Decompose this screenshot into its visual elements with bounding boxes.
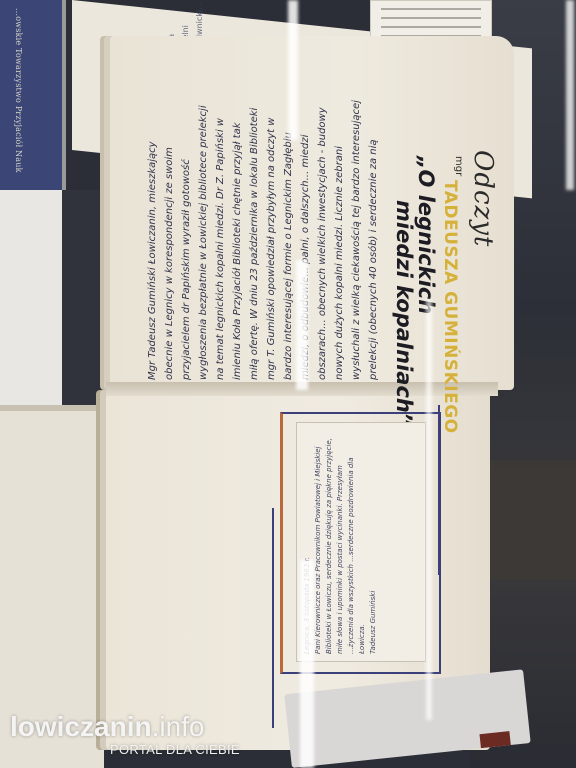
white-book [0,190,66,405]
watermark-logo-light: .info [152,711,205,742]
glass-glare [566,0,574,190]
doc-line [381,17,481,19]
letter-body: Pani Kierowniczce oraz Pracownikom Powia… [313,428,368,654]
heading-odczyt: Odczyt [468,150,498,247]
heading-mgr: mgr [453,156,464,176]
photo-scene: 40 osobami była zebrana w czytelni MBP..… [0,0,576,768]
glass-glare [296,260,308,390]
watermark: lowiczanin.info PORTAL DLA CIEBIE [10,712,240,757]
heading-topic-line2: miedzi kopalniach” [392,200,416,426]
watermark-logo-bold: lowiczanin [10,711,152,742]
doc-line [381,26,481,28]
watermark-logo: lowiczanin.info [10,712,240,742]
glass-glare [300,560,314,768]
blue-book-spine-title: ...owskie Towarzystwo Przyjaciół Nauk [14,8,23,173]
heading-name: TADEUSZA GUMIŃSKIEGO [440,180,460,434]
handwritten-report: Mgr Tadeusz Gumiński Łowiczanin, mieszka… [144,100,382,380]
letter-signature: Tadeusz Gumiński [368,428,379,654]
watermark-tagline: PORTAL DLA CIEBIE [110,742,240,757]
glass-glare [288,0,298,140]
heading-topic-line1: „O legnickich [414,156,438,314]
letter-text: Legnica, 3 listopada 1963 r. Pani Kierow… [302,428,418,654]
doc-line [381,8,481,10]
decorative-line [272,508,274,728]
glass-glare [426,300,432,720]
blue-book: ...owskie Towarzystwo Przyjaciół Nauk [0,0,66,190]
